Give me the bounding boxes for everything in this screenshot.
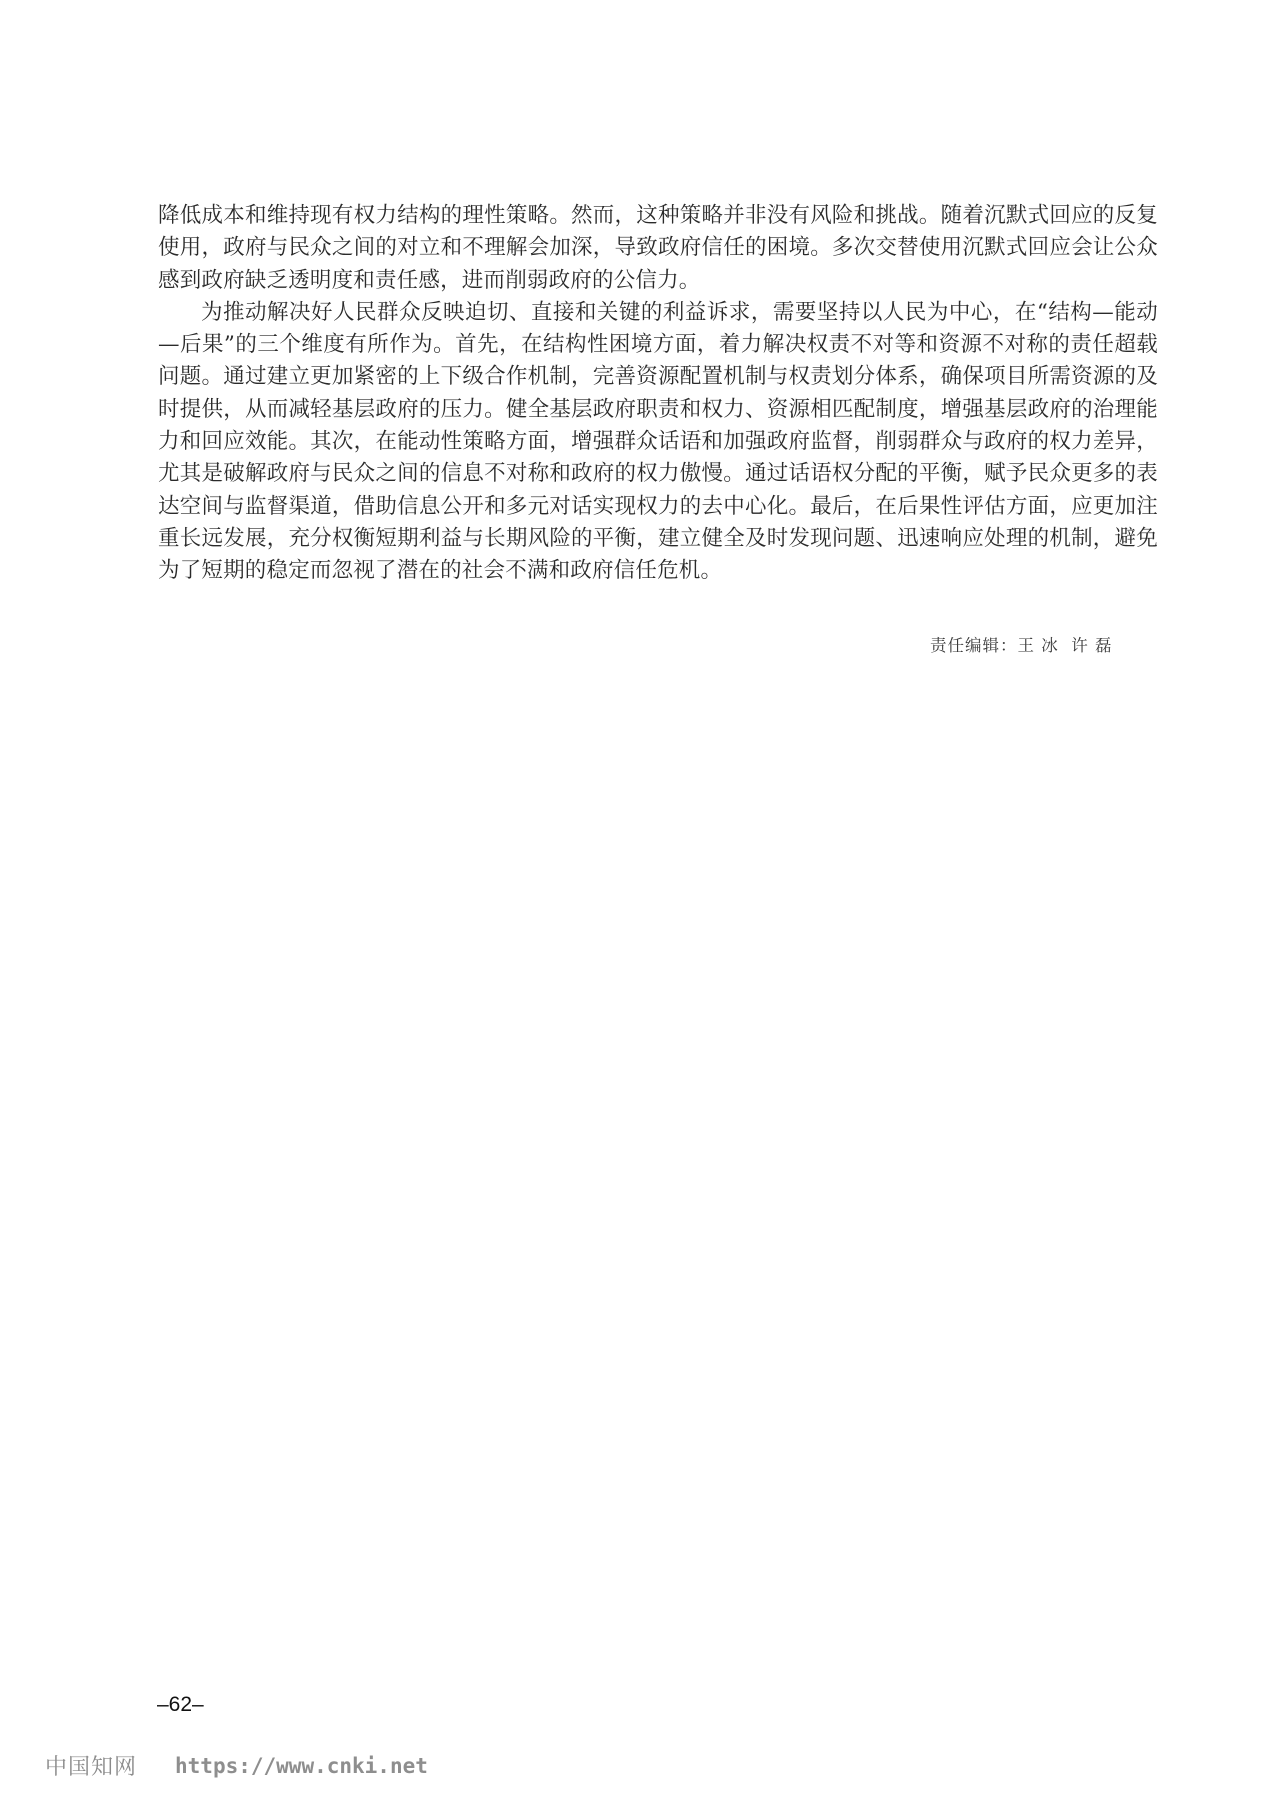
paragraph-1: 降低成本和维持现有权力结构的理性策略。然而，这种策略并非没有风险和挑战。随着沉默… (158, 200, 1158, 297)
article-body: 降低成本和维持现有权力结构的理性策略。然而，这种策略并非没有风险和挑战。随着沉默… (158, 200, 1158, 588)
watermark-url: https://www.cnki.net (175, 1754, 428, 1778)
watermark-name: 中国知网 (45, 1750, 137, 1781)
page-number: –62– (157, 1693, 204, 1717)
cnki-watermark: 中国知网 https://www.cnki.net (45, 1750, 428, 1781)
editor-credit: 责任编辑：王 冰 许 磊 (930, 632, 1140, 656)
paragraph-2: 为推动解决好人民群众反映迫切、直接和关键的利益诉求，需要坚持以人民为中心，在“结… (158, 297, 1158, 588)
document-page: 降低成本和维持现有权力结构的理性策略。然而，这种策略并非没有风险和挑战。随着沉默… (0, 0, 1280, 1810)
